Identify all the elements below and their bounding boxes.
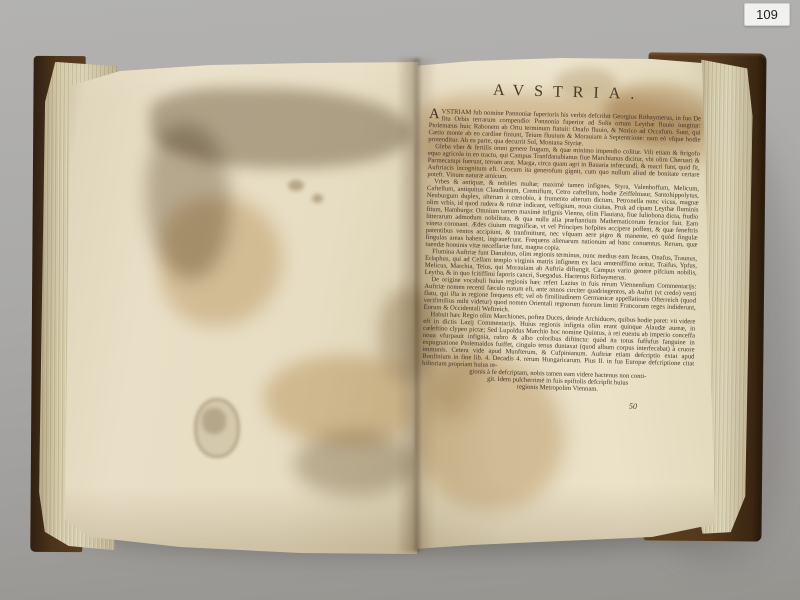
stain-speck xyxy=(288,180,304,191)
screenshot-index-badge: 109 xyxy=(744,3,790,26)
paragraph-text: VSTRIAM fub nomine Pannoniæ fuperioris h… xyxy=(428,108,701,147)
faint-crest-offset-core xyxy=(202,408,226,434)
latin-text-block: AVSTRIAM fub nomine Pannoniæ fuperioris … xyxy=(422,108,701,374)
drop-cap-initial: A xyxy=(429,108,442,120)
right-page-content: AVSTRIA. AVSTRIAM fub nomine Pannoniæ fu… xyxy=(421,80,702,412)
paragraph: Vrbes & antiquæ, & nobiles multæ; maximè… xyxy=(425,178,699,256)
stain-tan-upper xyxy=(160,198,282,326)
left-page-blank-verso xyxy=(60,58,418,556)
stain-speck xyxy=(312,194,323,203)
paragraph: Habuit hæc Regio olim Marchiones, poftea… xyxy=(422,311,695,375)
photo-of-open-book: AVSTRIA. AVSTRIAM fub nomine Pannoniæ fu… xyxy=(0,0,800,600)
